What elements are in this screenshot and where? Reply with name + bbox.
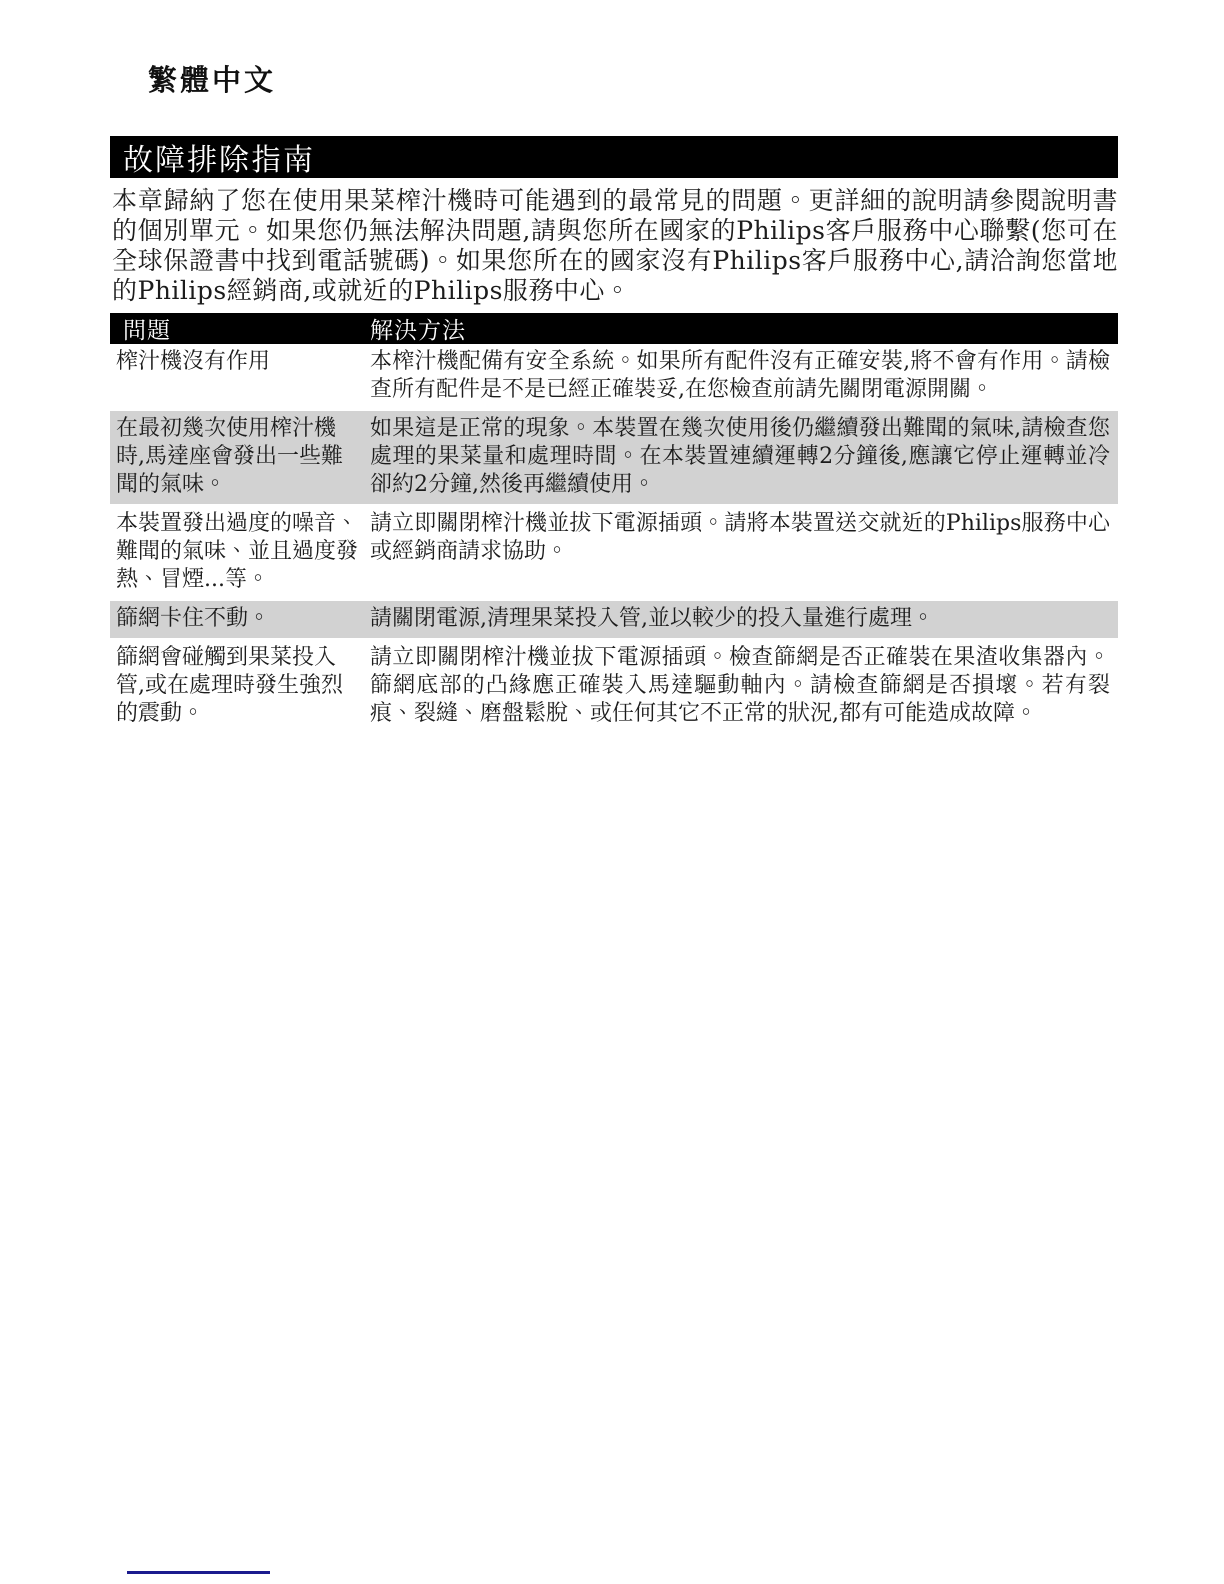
language-header: 繁體中文 xyxy=(148,58,1224,99)
table-row: 篩網會碰觸到果菜投入管,或在處理時發生強烈的震動。 請立即關閉榨汁機並拔下電源插… xyxy=(110,640,1118,733)
page-content: 故障排除指南 本章歸納了您在使用果菜榨汁機時可能遇到的最常見的問題。更詳細的說明… xyxy=(110,136,1118,733)
table-row: 在最初幾次使用榨汁機時,馬達座會發出一些難聞的氣味。 如果這是正常的現象。本裝置… xyxy=(110,409,1118,506)
table-row: 榨汁機沒有作用 本榨汁機配備有安全系統。如果所有配件沒有正確安裝,將不會有作用。… xyxy=(110,344,1118,409)
problem-cell: 本裝置發出過度的噪音、難聞的氣味、並且過度發熱、冒煙...等。 xyxy=(110,510,370,594)
document-page: 繁體中文 故障排除指南 本章歸納了您在使用果菜榨汁機時可能遇到的最常見的問題。更… xyxy=(0,0,1224,1584)
problem-column-header: 問題 xyxy=(110,312,370,345)
solution-cell: 如果這是正常的現象。本裝置在幾次使用後仍繼續發出難聞的氣味,請檢查您處理的果菜量… xyxy=(370,415,1118,499)
section-title-bar: 故障排除指南 xyxy=(110,136,1118,178)
intro-paragraph: 本章歸納了您在使用果菜榨汁機時可能遇到的最常見的問題。更詳細的說明請參閱說明書的… xyxy=(112,186,1118,306)
solution-cell: 請關閉電源,清理果菜投入管,並以較少的投入量進行處理。 xyxy=(370,605,1118,633)
troubleshooting-table: 問題 解決方法 榨汁機沒有作用 本榨汁機配備有安全系統。如果所有配件沒有正確安裝… xyxy=(110,313,1118,733)
solution-column-header: 解決方法 xyxy=(370,312,1118,345)
problem-cell: 篩網會碰觸到果菜投入管,或在處理時發生強烈的震動。 xyxy=(110,644,370,728)
section-title: 故障排除指南 xyxy=(123,135,315,179)
problem-cell: 篩網卡住不動。 xyxy=(110,605,370,633)
solution-cell: 請立即關閉榨汁機並拔下電源插頭。請將本裝置送交就近的Philips服務中心或經銷… xyxy=(370,510,1118,594)
solution-cell: 本榨汁機配備有安全系統。如果所有配件沒有正確安裝,將不會有作用。請檢查所有配件是… xyxy=(370,348,1118,404)
table-header-row: 問題 解決方法 xyxy=(110,313,1118,344)
footer-blue-line xyxy=(127,1571,270,1574)
solution-cell: 請立即關閉榨汁機並拔下電源插頭。檢查篩網是否正確裝在果渣收集器內。篩網底部的凸緣… xyxy=(370,644,1118,728)
table-row: 本裝置發出過度的噪音、難聞的氣味、並且過度發熱、冒煙...等。 請立即關閉榨汁機… xyxy=(110,506,1118,599)
problem-cell: 榨汁機沒有作用 xyxy=(110,348,370,404)
table-row: 篩網卡住不動。 請關閉電源,清理果菜投入管,並以較少的投入量進行處理。 xyxy=(110,599,1118,640)
problem-cell: 在最初幾次使用榨汁機時,馬達座會發出一些難聞的氣味。 xyxy=(110,415,370,499)
